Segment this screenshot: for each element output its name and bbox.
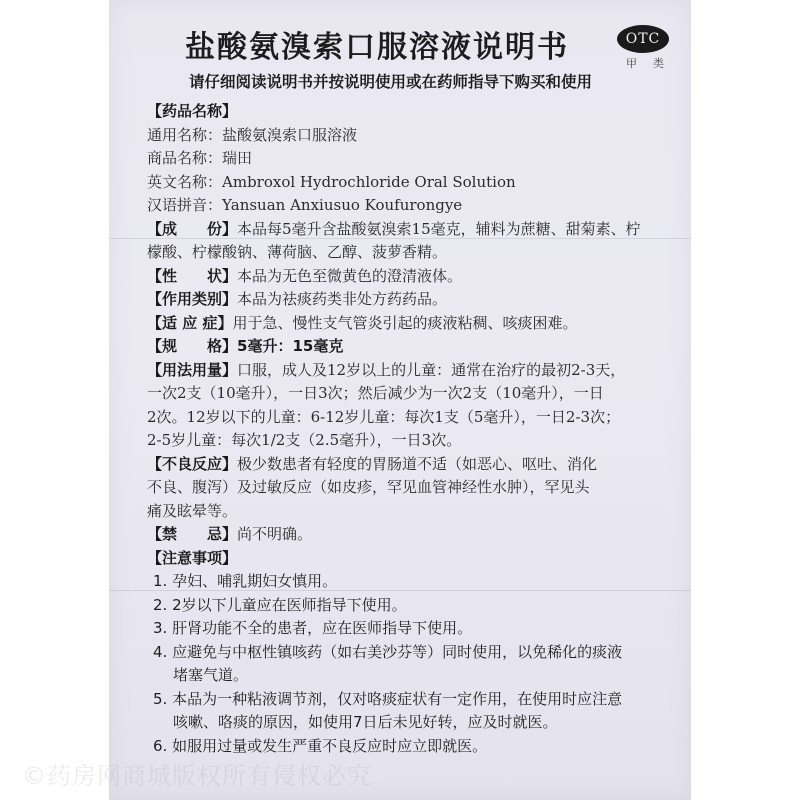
item-number: 2. <box>153 596 167 614</box>
generic-name-row: 通用名称：盐酸氨溴索口服溶液 <box>147 124 677 148</box>
contraindications-text: 尚不明确。 <box>237 525 312 543</box>
section-header: 【用法用量】 <box>147 361 237 379</box>
trade-name-row: 商品名称：瑞田 <box>147 147 677 171</box>
item-text: 肝肾功能不全的患者，应在医师指导下使用。 <box>172 619 472 637</box>
english-name-row: 英文名称：Ambroxol Hydrochloride Oral Solutio… <box>147 171 677 195</box>
adverse-text: 不良、腹泻）及过敏反应（如皮疹，罕见血管神经性水肿），罕见头 <box>147 478 590 496</box>
precaution-item: 2. 2岁以下儿童应在医师指导下使用。 <box>147 594 677 618</box>
leaflet-content: 【药品名称】 通用名称：盐酸氨溴索口服溶液 商品名称：瑞田 英文名称：Ambro… <box>147 100 677 758</box>
adverse-text: 极少数患者有轻度的胃肠道不适（如恶心、呕吐、消化 <box>237 455 597 473</box>
section-dosage: 【用法用量】口服，成人及12岁以上的儿童：通常在治疗的最初2-3天， <box>147 359 677 383</box>
item-text: 孕妇、哺乳期妇女慎用。 <box>172 572 337 590</box>
document-subtitle: 请仔细阅读说明书并按说明使用或在药师指导下购买和使用 <box>189 70 592 92</box>
adverse-continued: 不良、腹泻）及过敏反应（如皮疹，罕见血管神经性水肿），罕见头 <box>147 476 677 500</box>
section-header: 【注意事项】 <box>147 549 237 567</box>
pinyin-value: Yansuan Anxiusuo Koufurongye <box>222 196 462 214</box>
item-text: 应避免与中枢性镇咳药（如右美沙芬等）同时使用，以免稀化的痰液 <box>172 643 622 661</box>
item-text: 如服用过量或发生严重不良反应时应立即就医。 <box>172 737 487 755</box>
generic-name-value: 盐酸氨溴索口服溶液 <box>222 126 357 144</box>
item-text: 2岁以下儿童应在医师指导下使用。 <box>172 596 407 614</box>
section-indications: 【适 应 症】用于急、慢性支气管炎引起的痰液粘稠、咳痰困难。 <box>147 312 677 336</box>
composition-text: 檬酸、柠檬酸钠、薄荷脑、乙醇、菠萝香精。 <box>147 243 447 261</box>
composition-text: 本品每5毫升含盐酸氨溴索15毫克，辅料为蔗糖、甜菊素、柠 <box>237 220 641 238</box>
composition-continued: 檬酸、柠檬酸钠、薄荷脑、乙醇、菠萝香精。 <box>147 241 677 265</box>
precaution-item: 4. 应避免与中枢性镇咳药（如右美沙芬等）同时使用，以免稀化的痰液 <box>147 641 677 665</box>
otc-badge: OTC <box>617 25 669 53</box>
precaution-item: 5. 本品为一种粘液调节剂，仅对咯痰症状有一定作用，在使用时应注意 <box>147 688 677 712</box>
precaution-item: 6. 如服用过量或发生严重不良反应时应立即就医。 <box>147 735 677 759</box>
dosage-continued: 2-5岁儿童：每次1/2支（2.5毫升），一日3次。 <box>147 429 677 453</box>
adverse-continued: 痛及眩晕等。 <box>147 500 677 524</box>
adverse-text: 痛及眩晕等。 <box>147 502 237 520</box>
trade-name-value: 瑞田 <box>222 149 252 167</box>
item-text: 本品为一种粘液调节剂，仅对咯痰症状有一定作用，在使用时应注意 <box>172 690 622 708</box>
pinyin-row: 汉语拼音：Yansuan Anxiusuo Koufurongye <box>147 194 677 218</box>
leaflet-paper: 盐酸氨溴索口服溶液说明书 OTC 甲类 请仔细阅读说明书并按说明使用或在药师指导… <box>109 0 691 800</box>
dosage-text: 2次。12岁以下的儿童：6-12岁儿童：每次1支（5毫升），一日2-3次； <box>147 408 620 426</box>
precaution-item-continued: 堵塞气道。 <box>147 664 677 688</box>
section-header: 【禁 忌】 <box>147 525 237 543</box>
section-composition: 【成 份】本品每5毫升含盐酸氨溴索15毫克，辅料为蔗糖、甜菊素、柠 <box>147 218 677 242</box>
copyright-watermark: ©药房网商城版权所有侵权必究 <box>22 756 372 791</box>
item-number: 6. <box>153 737 167 755</box>
english-name-value: Ambroxol Hydrochloride Oral Solution <box>222 173 516 191</box>
section-header: 【作用类别】 <box>147 290 237 308</box>
precaution-item-continued: 咳嗽、咯痰的原因，如使用7日后未见好转，应及时就医。 <box>147 711 677 735</box>
dosage-text: 口服，成人及12岁以上的儿童：通常在治疗的最初2-3天， <box>237 361 625 379</box>
section-precautions: 【注意事项】 <box>147 547 677 571</box>
section-contraindications: 【禁 忌】尚不明确。 <box>147 523 677 547</box>
field-label: 汉语拼音： <box>147 196 222 214</box>
section-header: 【不良反应】 <box>147 455 237 473</box>
dosage-continued: 2次。12岁以下的儿童：6-12岁儿童：每次1支（5毫升），一日2-3次； <box>147 406 677 430</box>
document-title: 盐酸氨溴索口服溶液说明书 <box>185 22 569 66</box>
specification-text: 5毫升：15毫克 <box>237 337 343 355</box>
item-number: 3. <box>153 619 167 637</box>
dosage-text: 2-5岁儿童：每次1/2支（2.5毫升），一日3次。 <box>147 431 461 449</box>
item-text: 咳嗽、咯痰的原因，如使用7日后未见好转，应及时就医。 <box>173 713 558 731</box>
description-text: 本品为无色至微黄色的澄清液体。 <box>237 267 462 285</box>
otc-class-label: 甲类 <box>626 55 680 71</box>
section-description: 【性 状】本品为无色至微黄色的澄清液体。 <box>147 265 677 289</box>
field-label: 英文名称： <box>147 173 222 191</box>
item-text: 堵塞气道。 <box>173 666 248 684</box>
section-adverse-reactions: 【不良反应】极少数患者有轻度的胃肠道不适（如恶心、呕吐、消化 <box>147 453 677 477</box>
section-header: 【成 份】 <box>147 220 237 238</box>
section-drug-name: 【药品名称】 <box>147 100 677 124</box>
precaution-item: 3. 肝肾功能不全的患者，应在医师指导下使用。 <box>147 617 677 641</box>
section-header: 【性 状】 <box>147 267 237 285</box>
section-header: 【适 应 症】 <box>147 314 232 332</box>
dosage-continued: 一次2支（10毫升），一日3次；然后减少为一次2支（10毫升），一日 <box>147 382 677 406</box>
section-category: 【作用类别】本品为祛痰药类非处方药药品。 <box>147 288 677 312</box>
field-label: 通用名称： <box>147 126 222 144</box>
item-number: 1. <box>153 572 167 590</box>
category-text: 本品为祛痰药类非处方药药品。 <box>237 290 447 308</box>
field-label: 商品名称： <box>147 149 222 167</box>
dosage-text: 一次2支（10毫升），一日3次；然后减少为一次2支（10毫升），一日 <box>147 384 604 402</box>
indications-text: 用于急、慢性支气管炎引起的痰液粘稠、咳痰困难。 <box>232 314 577 332</box>
section-header: 【规 格】 <box>147 337 237 355</box>
section-header: 【药品名称】 <box>147 102 237 120</box>
item-number: 4. <box>153 643 167 661</box>
item-number: 5. <box>153 690 167 708</box>
section-specification: 【规 格】5毫升：15毫克 <box>147 335 677 359</box>
precaution-item: 1. 孕妇、哺乳期妇女慎用。 <box>147 570 677 594</box>
